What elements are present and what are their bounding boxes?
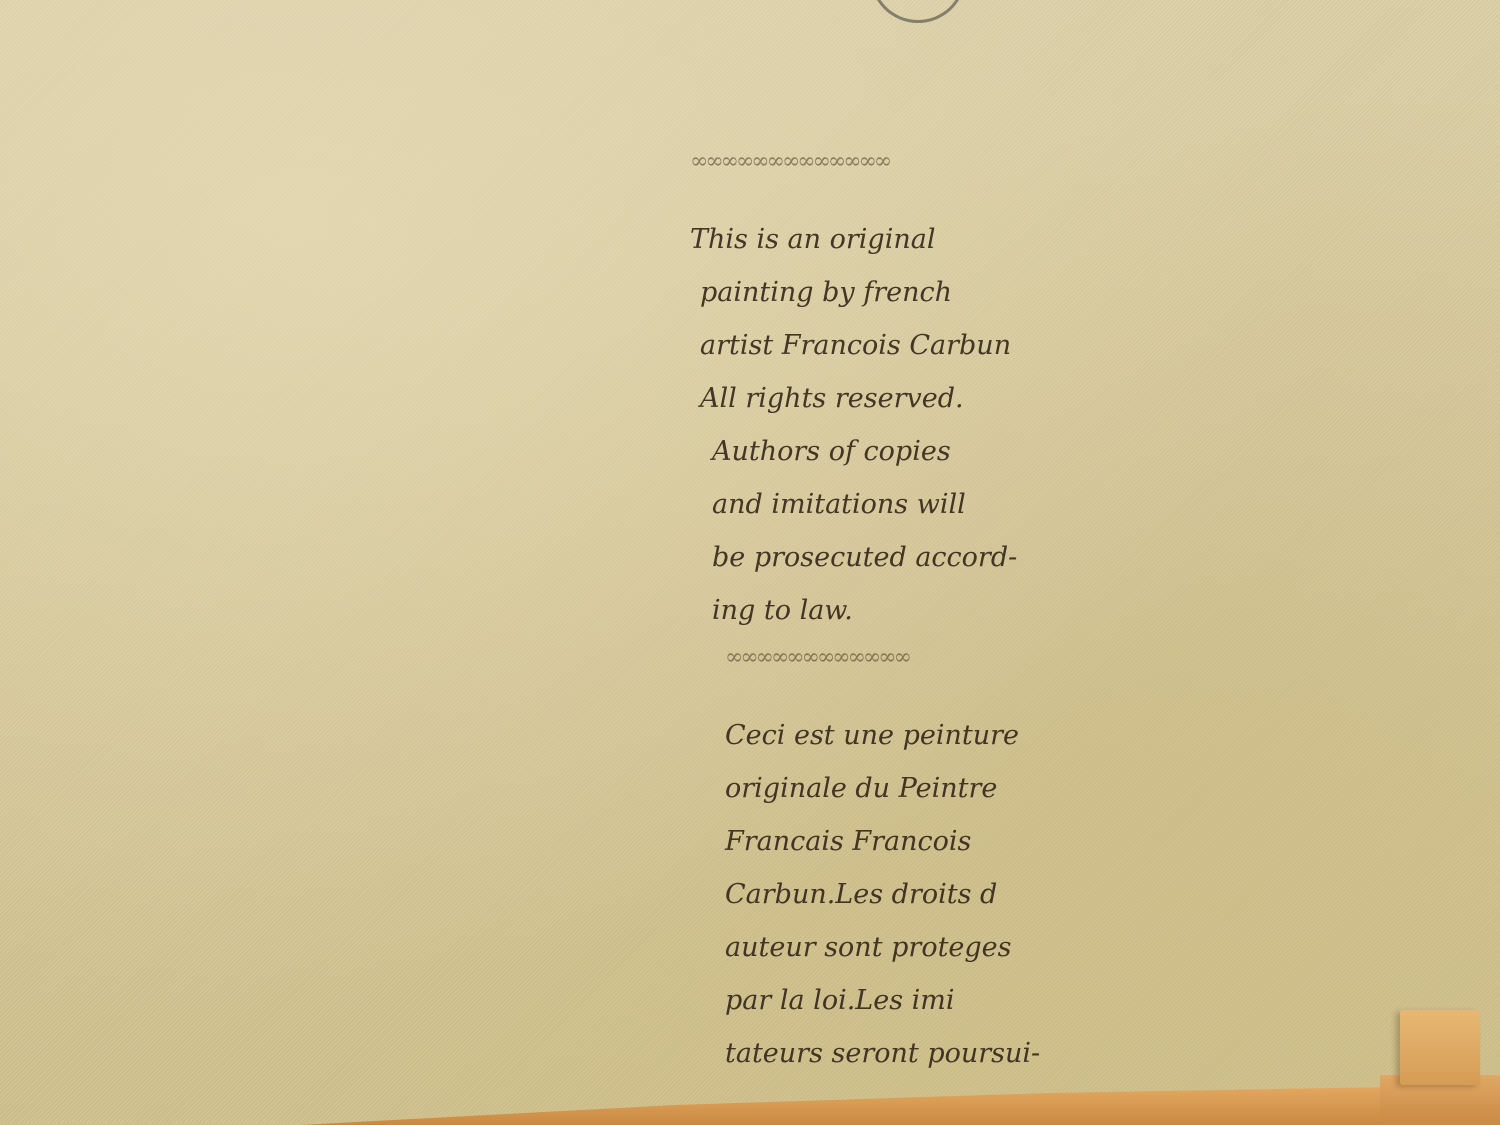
english-line: and imitations will bbox=[690, 486, 1010, 524]
english-line: Authors of copies bbox=[690, 433, 1010, 471]
french-line: originale du Peintre bbox=[690, 770, 1010, 808]
french-line: auteur sont proteges bbox=[690, 929, 1010, 967]
french-line: Francais Francois bbox=[690, 823, 1010, 861]
english-line: be prosecuted accord- bbox=[690, 539, 1010, 577]
french-line: tateurs seront poursui- bbox=[690, 1035, 1010, 1073]
english-line: painting by french bbox=[690, 274, 1010, 312]
french-line: Carbun.Les droits d bbox=[690, 876, 1010, 914]
authenticity-stamp: ∞∞∞∞∞∞∞∞∞∞∞∞∞ This is an original painti… bbox=[690, 145, 1010, 1088]
french-line: par la loi.Les imi bbox=[690, 982, 1010, 1020]
english-line: ing to law. bbox=[690, 592, 1010, 630]
ornamental-divider-middle: ∞∞∞∞∞∞∞∞∞∞∞∞ bbox=[690, 645, 1010, 667]
french-line: Ceci est une peinture bbox=[690, 717, 1010, 755]
english-line: artist Francois Carbun bbox=[690, 327, 1010, 365]
english-line: This is an original bbox=[690, 221, 1010, 259]
english-line: All rights reserved. bbox=[690, 380, 1010, 418]
ornamental-divider-top: ∞∞∞∞∞∞∞∞∞∞∞∞∞ bbox=[690, 149, 1010, 171]
wooden-corner-key bbox=[1400, 1010, 1480, 1085]
